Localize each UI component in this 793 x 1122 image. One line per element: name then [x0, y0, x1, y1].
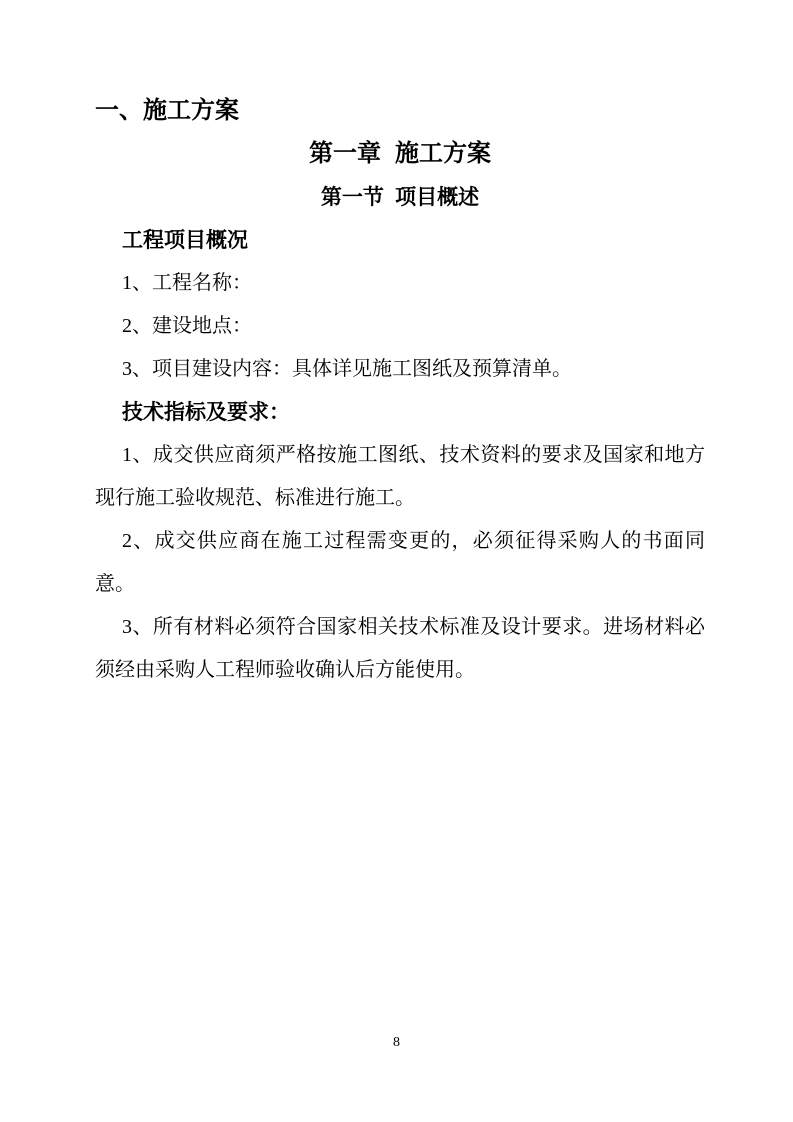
- overview-item-content: 3、项目建设内容：具体详见施工图纸及预算清单。: [95, 348, 705, 391]
- technical-heading: 技术指标及要求：: [95, 391, 705, 434]
- main-heading: 一、施工方案: [95, 90, 705, 133]
- technical-item-3: 3、所有材料必须符合国家相关技术标准及设计要求。进场材料必须经由采购人工程师验收…: [95, 606, 705, 692]
- page-number: 8: [0, 1034, 793, 1052]
- overview-heading: 工程项目概况: [95, 219, 705, 262]
- technical-item-1: 1、成交供应商须严格按施工图纸、技术资料的要求及国家和地方现行施工验收规范、标准…: [95, 434, 705, 520]
- overview-item-project-name: 1、工程名称：: [95, 262, 705, 305]
- document-page: 一、施工方案 第一章 施工方案 第一节 项目概述 工程项目概况 1、工程名称： …: [0, 0, 793, 1122]
- chapter-heading: 第一章 施工方案: [95, 133, 705, 176]
- technical-item-2: 2、成交供应商在施工过程需变更的，必须征得采购人的书面同意。: [95, 520, 705, 606]
- overview-item-location: 2、建设地点：: [95, 305, 705, 348]
- document-body: 一、施工方案 第一章 施工方案 第一节 项目概述 工程项目概况 1、工程名称： …: [0, 0, 793, 692]
- section-heading: 第一节 项目概述: [95, 176, 705, 219]
